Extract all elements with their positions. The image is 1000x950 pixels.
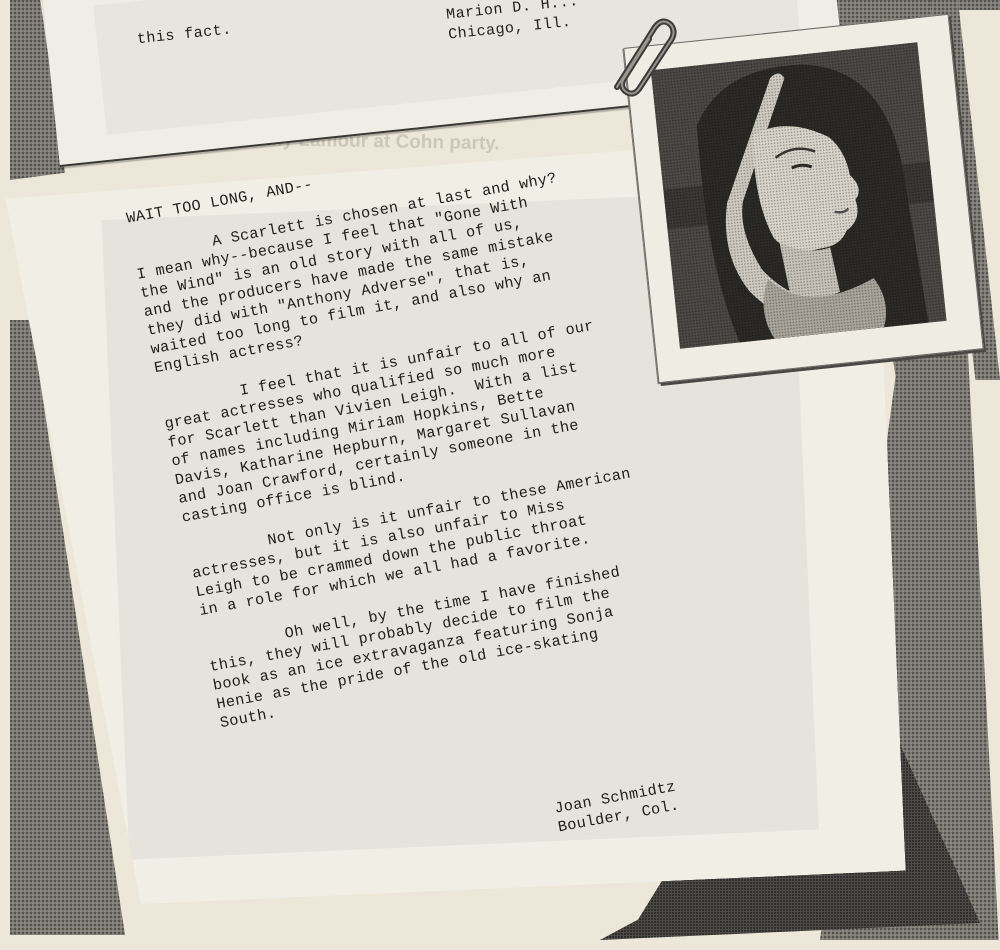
- portrait-illustration: [651, 42, 947, 348]
- portrait-photo: [651, 42, 947, 348]
- paper-clip-icon: [605, 15, 685, 100]
- previous-letter-closing: this fact.: [136, 21, 232, 48]
